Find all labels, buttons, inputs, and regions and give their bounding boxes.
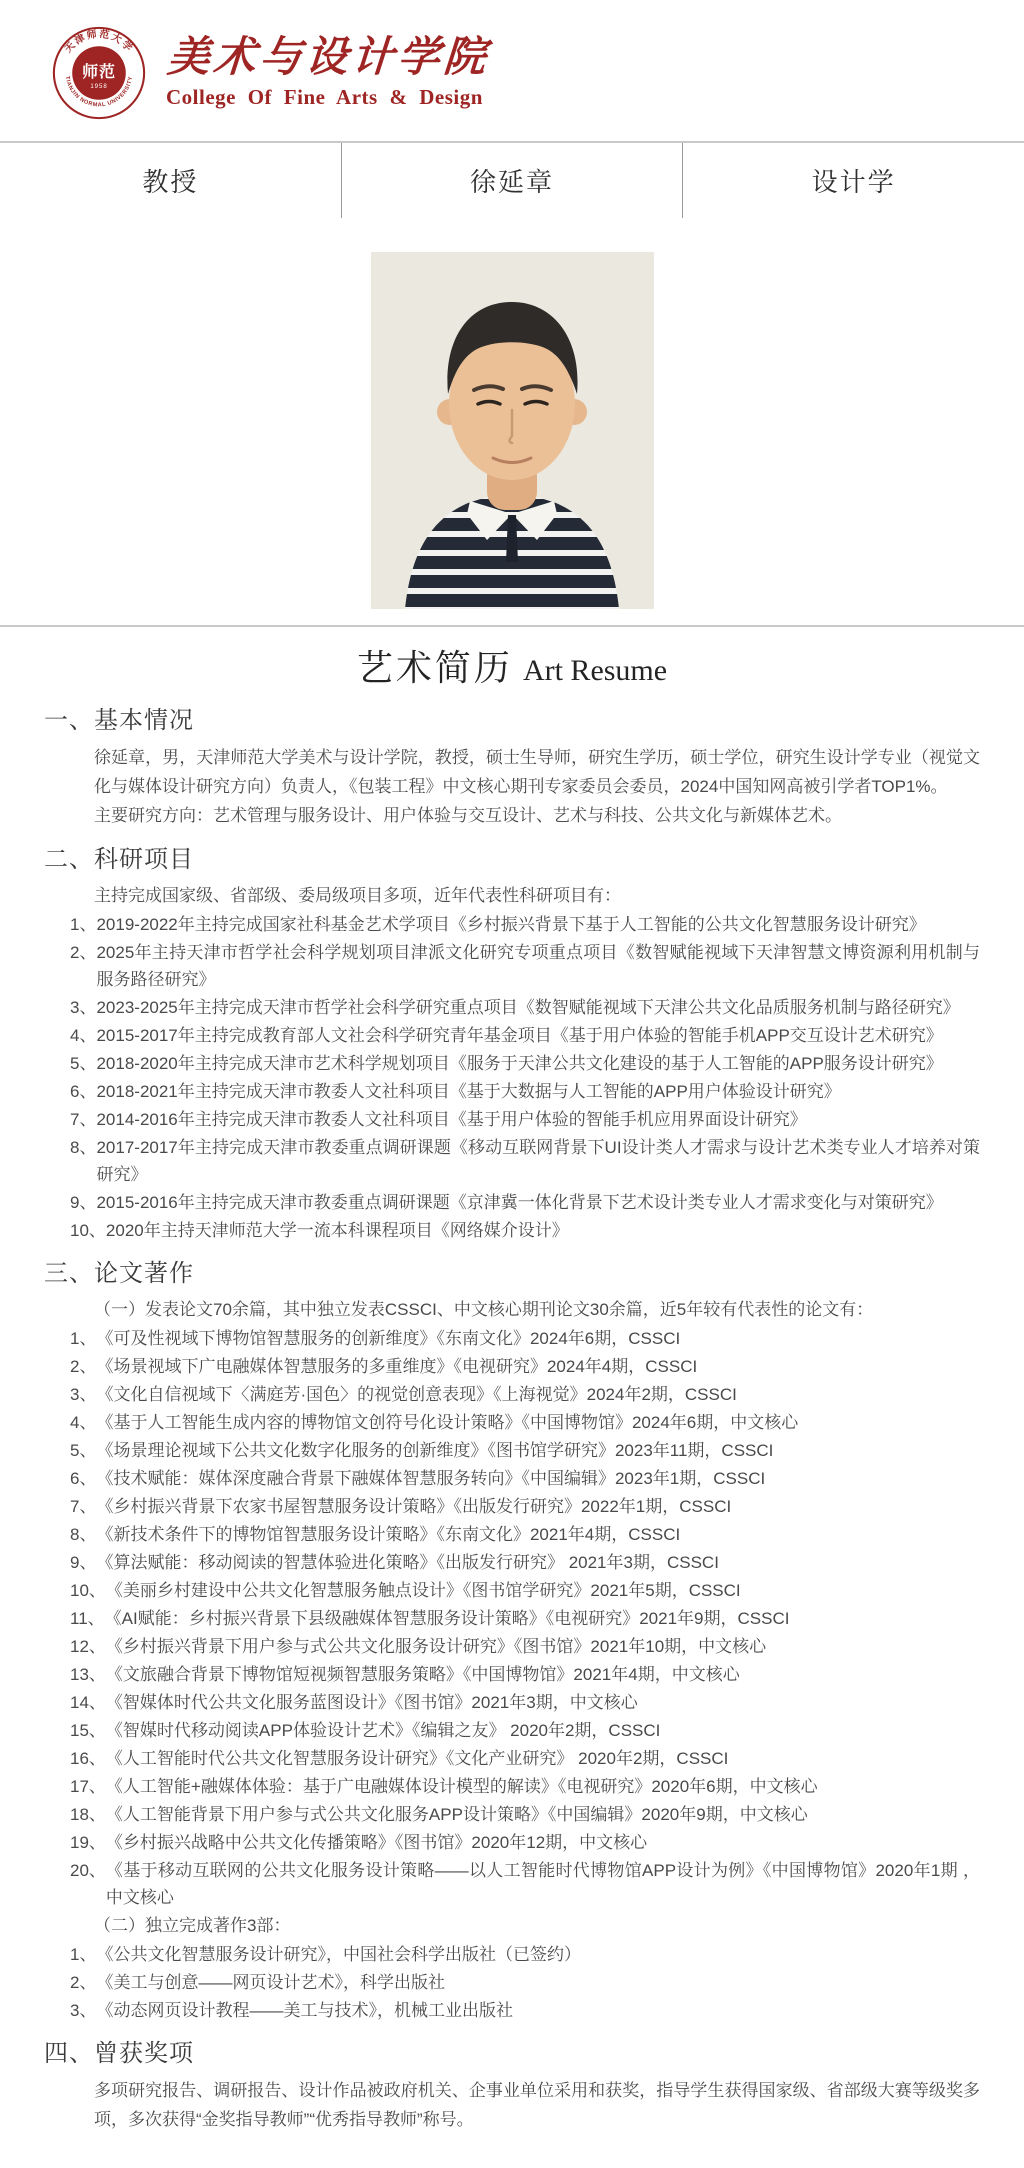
research-project-item: 3、 2023-2025年主持完成天津市哲学社会科学研究重点项目《数智赋能视域下… — [44, 994, 980, 1021]
resume-content: 一、基本情况 徐延章，男，天津师范大学美术与设计学院，教授，硕士生导师，研究生学… — [0, 705, 1024, 2134]
research-project-item: 8、 2017-2017年主持完成天津市教委重点调研课题《移动互联网背景下UI设… — [44, 1134, 980, 1188]
section-heading-research: 二、科研项目 — [44, 844, 980, 876]
university-seal-icon: 天津师范大学 TIANJIN NORMAL UNIVERSITY 师范 1958 — [52, 26, 146, 120]
item-number: 20、 — [44, 1857, 106, 1884]
paper-item: 12、 《乡村振兴背景下用户参与式公共文化服务设计研究》《图书馆》2021年10… — [44, 1633, 980, 1660]
item-text: 2015-2017年主持完成教育部人文社会科学研究青年基金项目《基于用户体验的智… — [96, 1022, 980, 1049]
item-number: 3、 — [44, 994, 96, 1021]
research-project-item: 6、 2018-2021年主持完成天津市教委人文社科项目《基于大数据与人工智能的… — [44, 1078, 980, 1105]
item-number: 1、 — [44, 1325, 96, 1352]
item-number: 15、 — [44, 1717, 106, 1744]
item-text: 《人工智能背景下用户参与式公共文化服务APP设计策略》《中国编辑》2020年9期… — [106, 1801, 980, 1828]
item-text: 《算法赋能：移动阅读的智慧体验进化策略》《出版发行研究》 2021年3期，CSS… — [96, 1549, 980, 1576]
item-text: 《技术赋能：媒体深度融合背景下融媒体智慧服务转向》《中国编辑》2023年1期，C… — [96, 1465, 980, 1492]
basic-paragraph-1: 徐延章，男，天津师范大学美术与设计学院，教授，硕士生导师，研究生学历，硕士学位，… — [94, 743, 980, 801]
item-text: 《AI赋能：乡村振兴背景下县级融媒体智慧服务设计策略》《电视研究》2021年9期… — [105, 1605, 980, 1632]
item-number: 7、 — [44, 1106, 96, 1133]
item-text: 2023-2025年主持完成天津市哲学社会科学研究重点项目《数智赋能视域下天津公… — [96, 994, 980, 1021]
portrait-photo — [371, 252, 654, 609]
item-text: 2017-2017年主持完成天津市教委重点调研课题《移动互联网背景下UI设计类人… — [96, 1134, 980, 1188]
item-text: 2018-2020年主持完成天津市艺术科学规划项目《服务于天津公共文化建设的基于… — [96, 1050, 980, 1077]
paper-item: 20、 《基于移动互联网的公共文化服务设计策略——以人工智能时代博物馆APP设计… — [44, 1857, 980, 1911]
papers-list: 1、 《可及性视域下博物馆智慧服务的创新维度》《东南文化》2024年6期，CSS… — [44, 1325, 980, 1911]
item-number: 9、 — [44, 1189, 96, 1216]
item-text: 2014-2016年主持完成天津市教委人文社科项目《基于用户体验的智能手机应用界… — [96, 1106, 980, 1133]
item-number: 11、 — [44, 1605, 105, 1632]
page-header: 天津师范大学 TIANJIN NORMAL UNIVERSITY 师范 1958… — [0, 0, 1024, 143]
item-number: 1、 — [44, 911, 96, 938]
item-number: 1、 — [44, 1941, 96, 1968]
info-cell-name: 徐延章 — [341, 143, 683, 218]
item-number: 18、 — [44, 1801, 106, 1828]
research-project-item: 5、 2018-2020年主持完成天津市艺术科学规划项目《服务于天津公共文化建设… — [44, 1050, 980, 1077]
item-text: 2019-2022年主持完成国家社科基金艺术学项目《乡村振兴背景下基于人工智能的… — [96, 911, 980, 938]
item-number: 16、 — [44, 1745, 106, 1772]
item-number: 3、 — [44, 1997, 96, 2024]
paper-item: 8、 《新技术条件下的博物馆智慧服务设计策略》《东南文化》2021年4期，CSS… — [44, 1521, 980, 1548]
books-list: 1、 《公共文化智慧服务设计研究》，中国社会科学出版社（已签约） 2、 《美工与… — [44, 1941, 980, 2024]
paper-item: 16、 《人工智能时代公共文化智慧服务设计研究》《文化产业研究》 2020年2期… — [44, 1745, 980, 1772]
item-number: 2、 — [44, 1353, 96, 1380]
college-name-en: College Of Fine Arts & Design — [166, 84, 488, 110]
item-number: 10、 — [44, 1217, 106, 1244]
paper-item: 18、 《人工智能背景下用户参与式公共文化服务APP设计策略》《中国编辑》202… — [44, 1801, 980, 1828]
item-text: 2025年主持天津市哲学社会科学规划项目津派文化研究专项重点项目《数智赋能视域下… — [96, 939, 980, 993]
resume-page: 天津师范大学 TIANJIN NORMAL UNIVERSITY 师范 1958… — [0, 0, 1024, 2168]
research-project-item: 10、 2020年主持天津师范大学一流本科课程项目《网络媒介设计》 — [44, 1217, 980, 1244]
section-heading-awards: 四、曾获奖项 — [44, 2038, 980, 2070]
paper-item: 5、 《场景理论视域下公共文化数字化服务的创新维度》《图书馆学研究》2023年1… — [44, 1437, 980, 1464]
item-text: 《可及性视域下博物馆智慧服务的创新维度》《东南文化》2024年6期，CSSCI — [96, 1325, 980, 1352]
item-text: 《乡村振兴背景下农家书屋智慧服务设计策略》《出版发行研究》2022年1期，CSS… — [96, 1493, 980, 1520]
paper-item: 1、 《可及性视域下博物馆智慧服务的创新维度》《东南文化》2024年6期，CSS… — [44, 1325, 980, 1352]
item-text: 《场景理论视域下公共文化数字化服务的创新维度》《图书馆学研究》2023年11期，… — [96, 1437, 980, 1464]
paper-item: 19、 《乡村振兴战略中公共文化传播策略》《图书馆》2020年12期，中文核心 — [44, 1829, 980, 1856]
paper-item: 10、 《美丽乡村建设中公共文化智慧服务触点设计》《图书馆学研究》2021年5期… — [44, 1577, 980, 1604]
item-number: 4、 — [44, 1022, 96, 1049]
item-text: 《基于人工智能生成内容的博物馆文创符号化设计策略》《中国博物馆》2024年6期，… — [96, 1409, 980, 1436]
item-text: 2018-2021年主持完成天津市教委人文社科项目《基于大数据与人工智能的APP… — [96, 1078, 980, 1105]
item-text: 《人工智能时代公共文化智慧服务设计研究》《文化产业研究》 2020年2期，CSS… — [106, 1745, 980, 1772]
item-text: 2015-2016年主持完成天津市教委重点调研课题《京津冀一体化背景下艺术设计类… — [96, 1189, 980, 1216]
college-name-cn: 美术与设计学院 — [166, 36, 491, 80]
item-number: 8、 — [44, 1521, 96, 1548]
research-intro: 主持完成国家级、省部级、委局级项目多项，近年代表性科研项目有： — [94, 882, 980, 910]
book-item: 2、 《美工与创意——网页设计艺术》，科学出版社 — [44, 1969, 980, 1996]
item-number: 14、 — [44, 1689, 106, 1716]
item-number: 19、 — [44, 1829, 106, 1856]
item-text: 《美工与创意——网页设计艺术》，科学出版社 — [96, 1969, 980, 1996]
college-logo: 天津师范大学 TIANJIN NORMAL UNIVERSITY 师范 1958… — [52, 26, 488, 120]
item-number: 8、 — [44, 1134, 96, 1161]
research-project-item: 1、 2019-2022年主持完成国家社科基金艺术学项目《乡村振兴背景下基于人工… — [44, 911, 980, 938]
section-heading-papers: 三、论文著作 — [44, 1258, 980, 1290]
item-number: 4、 — [44, 1409, 96, 1436]
svg-text:1958: 1958 — [90, 83, 107, 90]
book-item: 3、 《动态网页设计教程——美工与技术》，机械工业出版社 — [44, 1997, 980, 2024]
item-text: 《新技术条件下的博物馆智慧服务设计策略》《东南文化》2021年4期，CSSCI — [96, 1521, 980, 1548]
item-text: 2020年主持天津师范大学一流本科课程项目《网络媒介设计》 — [106, 1217, 980, 1244]
item-number: 7、 — [44, 1493, 96, 1520]
paper-item: 11、 《AI赋能：乡村振兴背景下县级融媒体智慧服务设计策略》《电视研究》202… — [44, 1605, 980, 1632]
research-project-item: 2、 2025年主持天津市哲学社会科学规划项目津派文化研究专项重点项目《数智赋能… — [44, 939, 980, 993]
item-number: 2、 — [44, 939, 96, 966]
books-intro: （二）独立完成著作3部： — [94, 1912, 980, 1940]
svg-text:师范: 师范 — [82, 63, 116, 81]
item-number: 6、 — [44, 1078, 96, 1105]
papers-intro: （一）发表论文70余篇，其中独立发表CSSCI、中文核心期刊论文30余篇，近5年… — [94, 1296, 980, 1324]
item-text: 《公共文化智慧服务设计研究》，中国社会科学出版社（已签约） — [96, 1941, 980, 1968]
paper-item: 6、 《技术赋能：媒体深度融合背景下融媒体智慧服务转向》《中国编辑》2023年1… — [44, 1465, 980, 1492]
item-text: 《美丽乡村建设中公共文化智慧服务触点设计》《图书馆学研究》2021年5期，CSS… — [106, 1577, 980, 1604]
paper-item: 17、 《人工智能+融媒体体验：基于广电融媒体设计模型的解读》《电视研究》202… — [44, 1773, 980, 1800]
item-number: 3、 — [44, 1381, 96, 1408]
item-number: 5、 — [44, 1050, 96, 1077]
research-project-item: 9、 2015-2016年主持完成天津市教委重点调研课题《京津冀一体化背景下艺术… — [44, 1189, 980, 1216]
item-text: 《场景视域下广电融媒体智慧服务的多重维度》《电视研究》2024年4期，CSSCI — [96, 1353, 980, 1380]
page-title-en: Art Resume — [523, 654, 667, 687]
paper-item: 15、 《智媒时代移动阅读APP体验设计艺术》《编辑之友》 2020年2期，CS… — [44, 1717, 980, 1744]
research-project-item: 7、 2014-2016年主持完成天津市教委人文社科项目《基于用户体验的智能手机… — [44, 1106, 980, 1133]
item-text: 《智媒体时代公共文化服务蓝图设计》《图书馆》2021年3期，中文核心 — [106, 1689, 980, 1716]
item-text: 《动态网页设计教程——美工与技术》，机械工业出版社 — [96, 1997, 980, 2024]
item-number: 17、 — [44, 1773, 106, 1800]
item-number: 9、 — [44, 1549, 96, 1576]
book-item: 1、 《公共文化智慧服务设计研究》，中国社会科学出版社（已签约） — [44, 1941, 980, 1968]
info-cell-title: 教授 — [0, 143, 341, 218]
item-text: 《文旅融合背景下博物馆短视频智慧服务策略》《中国博物馆》2021年4期，中文核心 — [106, 1661, 980, 1688]
item-number: 2、 — [44, 1969, 96, 1996]
paper-item: 3、 《文化自信视域下〈满庭芳·国色〉的视觉创意表现》《上海视觉》2024年2期… — [44, 1381, 980, 1408]
section-heading-basic: 一、基本情况 — [44, 705, 980, 737]
item-text: 《人工智能+融媒体体验：基于广电融媒体设计模型的解读》《电视研究》2020年6期… — [106, 1773, 980, 1800]
item-number: 10、 — [44, 1577, 106, 1604]
item-number: 13、 — [44, 1661, 106, 1688]
basic-paragraph-2: 主要研究方向：艺术管理与服务设计、用户体验与交互设计、艺术与科技、公共文化与新媒… — [94, 801, 980, 830]
item-text: 《智媒时代移动阅读APP体验设计艺术》《编辑之友》 2020年2期，CSSCI — [106, 1717, 980, 1744]
item-text: 《基于移动互联网的公共文化服务设计策略——以人工智能时代博物馆APP设计为例》《… — [106, 1857, 980, 1911]
awards-paragraph: 多项研究报告、调研报告、设计作品被政府机关、企事业单位采用和获奖，指导学生获得国… — [94, 2076, 980, 2134]
item-text: 《乡村振兴背景下用户参与式公共文化服务设计研究》《图书馆》2021年10期，中文… — [106, 1633, 980, 1660]
section-divider — [0, 625, 1024, 627]
paper-item: 9、 《算法赋能：移动阅读的智慧体验进化策略》《出版发行研究》 2021年3期，… — [44, 1549, 980, 1576]
info-cell-discipline: 设计学 — [682, 143, 1024, 218]
paper-item: 7、 《乡村振兴背景下农家书屋智慧服务设计策略》《出版发行研究》2022年1期，… — [44, 1493, 980, 1520]
college-name-block: 美术与设计学院 College Of Fine Arts & Design — [166, 36, 488, 110]
research-project-item: 4、 2015-2017年主持完成教育部人文社会科学研究青年基金项目《基于用户体… — [44, 1022, 980, 1049]
item-text: 《乡村振兴战略中公共文化传播策略》《图书馆》2020年12期，中文核心 — [106, 1829, 980, 1856]
item-number: 6、 — [44, 1465, 96, 1492]
item-number: 5、 — [44, 1437, 96, 1464]
paper-item: 4、 《基于人工智能生成内容的博物馆文创符号化设计策略》《中国博物馆》2024年… — [44, 1409, 980, 1436]
faculty-info-bar: 教授 徐延章 设计学 — [0, 143, 1024, 218]
page-title: 艺术简历Art Resume — [0, 645, 1024, 691]
portrait-photo-image — [371, 252, 654, 609]
paper-item: 13、 《文旅融合背景下博物馆短视频智慧服务策略》《中国博物馆》2021年4期，… — [44, 1661, 980, 1688]
item-text: 《文化自信视域下〈满庭芳·国色〉的视觉创意表现》《上海视觉》2024年2期，CS… — [96, 1381, 980, 1408]
page-title-cn: 艺术简历 — [357, 647, 513, 688]
item-number: 12、 — [44, 1633, 106, 1660]
research-project-list: 1、 2019-2022年主持完成国家社科基金艺术学项目《乡村振兴背景下基于人工… — [44, 911, 980, 1244]
paper-item: 2、 《场景视域下广电融媒体智慧服务的多重维度》《电视研究》2024年4期，CS… — [44, 1353, 980, 1380]
paper-item: 14、 《智媒体时代公共文化服务蓝图设计》《图书馆》2021年3期，中文核心 — [44, 1689, 980, 1716]
